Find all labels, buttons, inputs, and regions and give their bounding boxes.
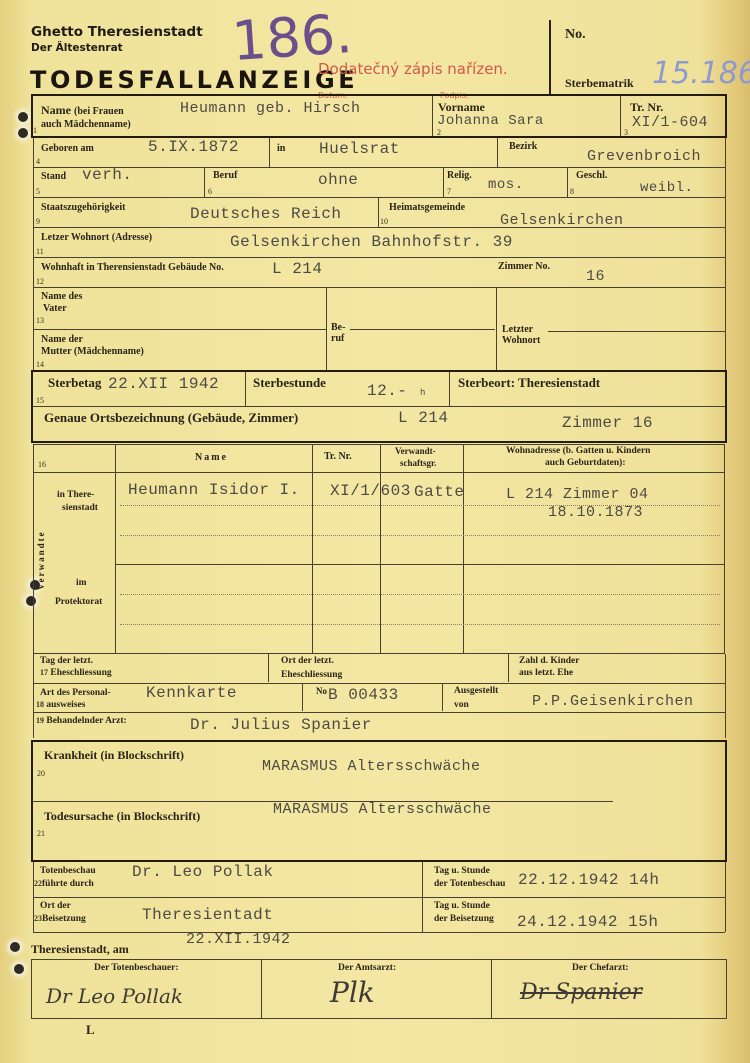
- row-line: [33, 683, 725, 684]
- chefarzt-label: Der Chefarzt:: [572, 963, 629, 973]
- group-theresienstadt: in There-: [57, 490, 94, 500]
- tag-ehe-label: Tag der letzt.: [40, 656, 93, 666]
- field-number: 6: [208, 187, 212, 196]
- ort-beisetzung-label: Ort der: [40, 901, 71, 911]
- field-number: 5: [36, 187, 40, 196]
- fill-line: [350, 329, 495, 330]
- dotted-line: [120, 594, 720, 595]
- divider: [496, 287, 497, 370]
- divider: [269, 138, 270, 167]
- org-line-2: Der Ältestenrat: [31, 42, 123, 54]
- beruf-parents-label-2: ruf: [331, 333, 344, 344]
- chefarzt-signature: Dr Spanier: [520, 980, 642, 1005]
- ausgestellt-label: Ausgestellt: [454, 686, 498, 696]
- place-date-value: 22.XII.1942: [186, 931, 291, 948]
- letzter-wohnort-label: Letzter: [502, 324, 533, 335]
- amtsarzt-signature: Plk: [330, 976, 375, 1009]
- row-line: [33, 329, 326, 330]
- group-divider: [115, 564, 725, 565]
- wohnhaft-value: L 214: [272, 260, 323, 278]
- divider: [378, 197, 379, 227]
- divider: [312, 444, 313, 654]
- staat-value: Deutsches Reich: [190, 205, 342, 223]
- stand-label: Stand: [41, 171, 66, 182]
- form-left-border: [33, 654, 34, 738]
- beruf-value: ohne: [318, 171, 358, 189]
- row-line: [33, 406, 725, 407]
- field-number: 20: [37, 769, 45, 778]
- sterbeort-label: Sterbeort: Theresienstadt: [458, 375, 600, 391]
- letzter-wohnort-label-2: Wohnort: [502, 335, 540, 346]
- field-number: 12: [36, 277, 44, 286]
- ausweis-label-2: 18 ausweises: [36, 700, 85, 710]
- divider: [449, 372, 450, 406]
- amtsarzt-label: Der Amtsarzt:: [338, 963, 396, 973]
- field-number: 11: [36, 247, 44, 256]
- ortsbez-room: Zimmer 16: [562, 414, 653, 432]
- in-value: Huelsrat: [319, 140, 400, 158]
- col-verw-header: Verwandt-: [395, 446, 436, 456]
- ausweis-value: Kennkarte: [146, 684, 237, 702]
- divider: [115, 444, 116, 654]
- divider: [497, 138, 498, 167]
- geboren-label: Geboren am: [41, 143, 94, 154]
- col-addr-header-2: auch Geburtdaten):: [545, 458, 626, 468]
- punch-hole: [14, 964, 24, 974]
- ort-beisetzung-label-2: 23Beisetzung: [34, 914, 86, 924]
- field-number: 14: [36, 360, 44, 369]
- org-line-1: Ghetto Theresienstadt: [31, 24, 203, 40]
- beruf-parents-label: Be-: [331, 322, 345, 333]
- todesursache-value: MARASMUS Altersschwäche: [273, 801, 492, 818]
- stamp-text: Dodatečný zápis nařízen.: [318, 60, 508, 78]
- row-line: [33, 167, 725, 168]
- relig-label: Relig.: [447, 170, 472, 181]
- wohnhaft-label: Wohnhaft in Therensienstadt Gebäude No.: [41, 262, 224, 273]
- divider: [245, 372, 246, 406]
- row-line: [33, 257, 725, 258]
- vater-label-2: Vater: [43, 303, 67, 314]
- tag-totenbeschau-value: 22.12.1942 14h: [518, 871, 659, 889]
- row-line: [33, 227, 725, 228]
- field-number: 16: [38, 460, 46, 469]
- bezirk-label: Bezirk: [509, 141, 537, 152]
- divider: [508, 654, 509, 682]
- divider: [491, 959, 492, 1019]
- tag-beisetzung-value: 24.12.1942 15h: [517, 913, 658, 931]
- field-number: 9: [36, 217, 40, 226]
- place-date-label: Theresienstadt, am: [31, 942, 129, 957]
- trnr-label: Tr. Nr.: [630, 100, 663, 115]
- sterbematrik-label: Sterbematrik: [565, 76, 634, 91]
- totenbeschau-value: Dr. Leo Pollak: [132, 863, 273, 881]
- kinder-label: Zahl d. Kinder: [519, 656, 579, 666]
- sterbestunde-label: Sterbestunde: [253, 375, 326, 391]
- mutter-label-2: Mutter (Mädchenname): [41, 346, 144, 357]
- relative-birthdate: 18.10.1873: [548, 504, 643, 521]
- divider: [463, 444, 464, 654]
- punch-hole: [18, 128, 28, 138]
- verwandte-side-label: Verwandte: [36, 500, 46, 590]
- field-number: 13: [36, 316, 44, 325]
- tag-totenbeschau-label-2: der Totenbeschau: [434, 879, 505, 889]
- col-trnr-header: Tr. Nr.: [324, 451, 352, 462]
- relative-addr: L 214 Zimmer 04: [506, 486, 649, 503]
- totenbeschau-label-2: 22führte durch: [34, 879, 94, 889]
- wohnort-value: Gelsenkirchen Bahnhofstr. 39: [230, 233, 513, 251]
- ortsbez-building: L 214: [398, 409, 449, 427]
- krankheit-label: Krankheit (in Blockschrift): [44, 748, 184, 763]
- vorname-value: Johanna Sara: [437, 113, 544, 129]
- name-value: Heumann geb. Hirsch: [180, 100, 361, 117]
- divider: [204, 167, 205, 197]
- relative-verw: Gatte: [414, 483, 465, 501]
- kinder-label-2: aus letzt. Ehe: [519, 668, 573, 678]
- mutter-label: Name der: [41, 334, 83, 345]
- divider: [302, 683, 303, 711]
- field-number: 8: [570, 187, 574, 196]
- heimat-label: Heimatsgemeinde: [389, 202, 465, 213]
- field-number: 2: [437, 128, 441, 137]
- zimmer-value: 16: [586, 268, 605, 285]
- divider: [432, 96, 433, 136]
- ort-ehe-label: Ort der letzt.: [281, 656, 334, 666]
- page-title: TODESFALLANZEIGE: [30, 66, 358, 94]
- divider: [380, 444, 381, 654]
- staat-label: Staatszugehörigkeit: [41, 202, 125, 213]
- ort-beisetzung-value: Theresientadt: [142, 906, 273, 924]
- row-line: [33, 897, 725, 898]
- divider: [442, 683, 443, 711]
- sterbestunde-value: 12.-: [367, 382, 407, 400]
- arzt-label: 19 Behandelnder Arzt:: [36, 716, 127, 726]
- wohnort-label: Letzer Wohnort (Adresse): [41, 232, 152, 243]
- field-number: 10: [380, 217, 388, 226]
- todesursache-label: Todesursache (in Blockschrift): [44, 809, 200, 824]
- krankheit-value: MARASMUS Altersschwäche: [262, 758, 481, 775]
- dotted-line: [120, 624, 720, 625]
- relatives-table: [33, 444, 725, 654]
- name-box: [31, 94, 727, 138]
- sterbematrik-value: 15.186: [652, 56, 750, 91]
- row-line: [33, 197, 725, 198]
- trnr-value: XI/1-604: [632, 114, 708, 131]
- field-number: 7: [447, 187, 451, 196]
- ausgestellt-label-2: von: [454, 700, 469, 710]
- divider: [567, 167, 568, 197]
- relative-name: Heumann Isidor I.: [128, 481, 300, 499]
- group-theresienstadt-2: sienstadt: [62, 503, 98, 513]
- field-number: 21: [37, 829, 45, 838]
- ortsbez-label: Genaue Ortsbezeichnung (Gebäude, Zimmer): [44, 410, 298, 426]
- ort-ehe-label-2: Eheschliessung: [281, 670, 342, 680]
- totenbeschauer-signature: Dr Leo Pollak: [46, 984, 183, 1008]
- field-number: 15: [36, 396, 44, 405]
- zimmer-label: Zimmer No.: [498, 261, 550, 272]
- beruf-label: Beruf: [213, 170, 237, 181]
- divider: [261, 959, 262, 1019]
- divider: [620, 96, 621, 136]
- vater-label: Name des: [41, 291, 82, 302]
- name-label: Name (bei Frauen: [41, 103, 124, 118]
- sterbestunde-unit: h: [420, 388, 426, 398]
- field-number: 4: [36, 157, 40, 166]
- ausgestellt-value: P.P.Geisenkirchen: [532, 693, 694, 710]
- totenbeschau-label: Totenbeschau: [40, 866, 96, 876]
- tag-totenbeschau-label: Tag u. Stunde: [434, 866, 490, 876]
- table-header-line: [33, 472, 725, 473]
- col-addr-header: Wohnadresse (b. Gatten u. Kindern: [506, 446, 650, 456]
- geschl-label: Geschl.: [576, 170, 607, 181]
- relative-trnr: XI/1/603: [330, 482, 411, 500]
- divider: [326, 287, 327, 370]
- group-protektorat: im: [76, 578, 87, 588]
- totenbeschauer-label: Der Totenbeschauer:: [94, 963, 179, 973]
- form-right-border: [725, 654, 726, 738]
- bezirk-value: Grevenbroich: [587, 148, 701, 165]
- tag-ehe-label-2: 17 Eheschliessung: [40, 668, 112, 678]
- row-line: [33, 287, 725, 288]
- col-verw-header-2: schaftsgr.: [400, 458, 436, 468]
- tag-beisetzung-label: Tag u. Stunde: [434, 901, 490, 911]
- relig-value: mos.: [488, 177, 524, 193]
- ausweis-no-label: No: [316, 686, 327, 696]
- divider: [268, 654, 269, 682]
- form-left-border: [33, 138, 34, 370]
- header-divider: [549, 20, 551, 94]
- arzt-value: Dr. Julius Spanier: [190, 716, 372, 734]
- group-protektorat-2: Protektorat: [55, 597, 102, 607]
- initial-mark: L: [86, 1022, 95, 1038]
- row-line: [33, 712, 725, 713]
- punch-hole: [18, 112, 28, 122]
- stand-value: verh.: [82, 166, 133, 184]
- tag-beisetzung-label-2: der Beisetzung: [434, 914, 494, 924]
- form-right-border: [725, 138, 726, 370]
- fill-line: [548, 331, 725, 332]
- geschl-value: weibl.: [640, 180, 693, 196]
- field-number: 3: [624, 128, 628, 137]
- field-number: 1: [33, 126, 37, 135]
- form-right-border: [725, 862, 726, 932]
- punch-hole: [10, 942, 20, 952]
- ausweis-no-value: B 00433: [328, 686, 399, 704]
- no-label: No.: [565, 27, 586, 43]
- death-notice-document: Ghetto Theresienstadt Der Ältestenrat TO…: [0, 0, 750, 1063]
- name-sublabel: auch Mädchenname): [41, 119, 131, 130]
- col-name-header: Name: [195, 452, 228, 463]
- in-label: in: [277, 143, 285, 154]
- ausweis-label: Art des Personal-: [40, 688, 111, 698]
- sterbetag-label: Sterbetag: [48, 375, 101, 391]
- geboren-value: 5.IX.1872: [148, 138, 239, 156]
- divider: [443, 167, 444, 197]
- sterbetag-value: 22.XII 1942: [108, 375, 219, 393]
- dotted-line: [120, 535, 720, 536]
- row-line: [33, 932, 725, 933]
